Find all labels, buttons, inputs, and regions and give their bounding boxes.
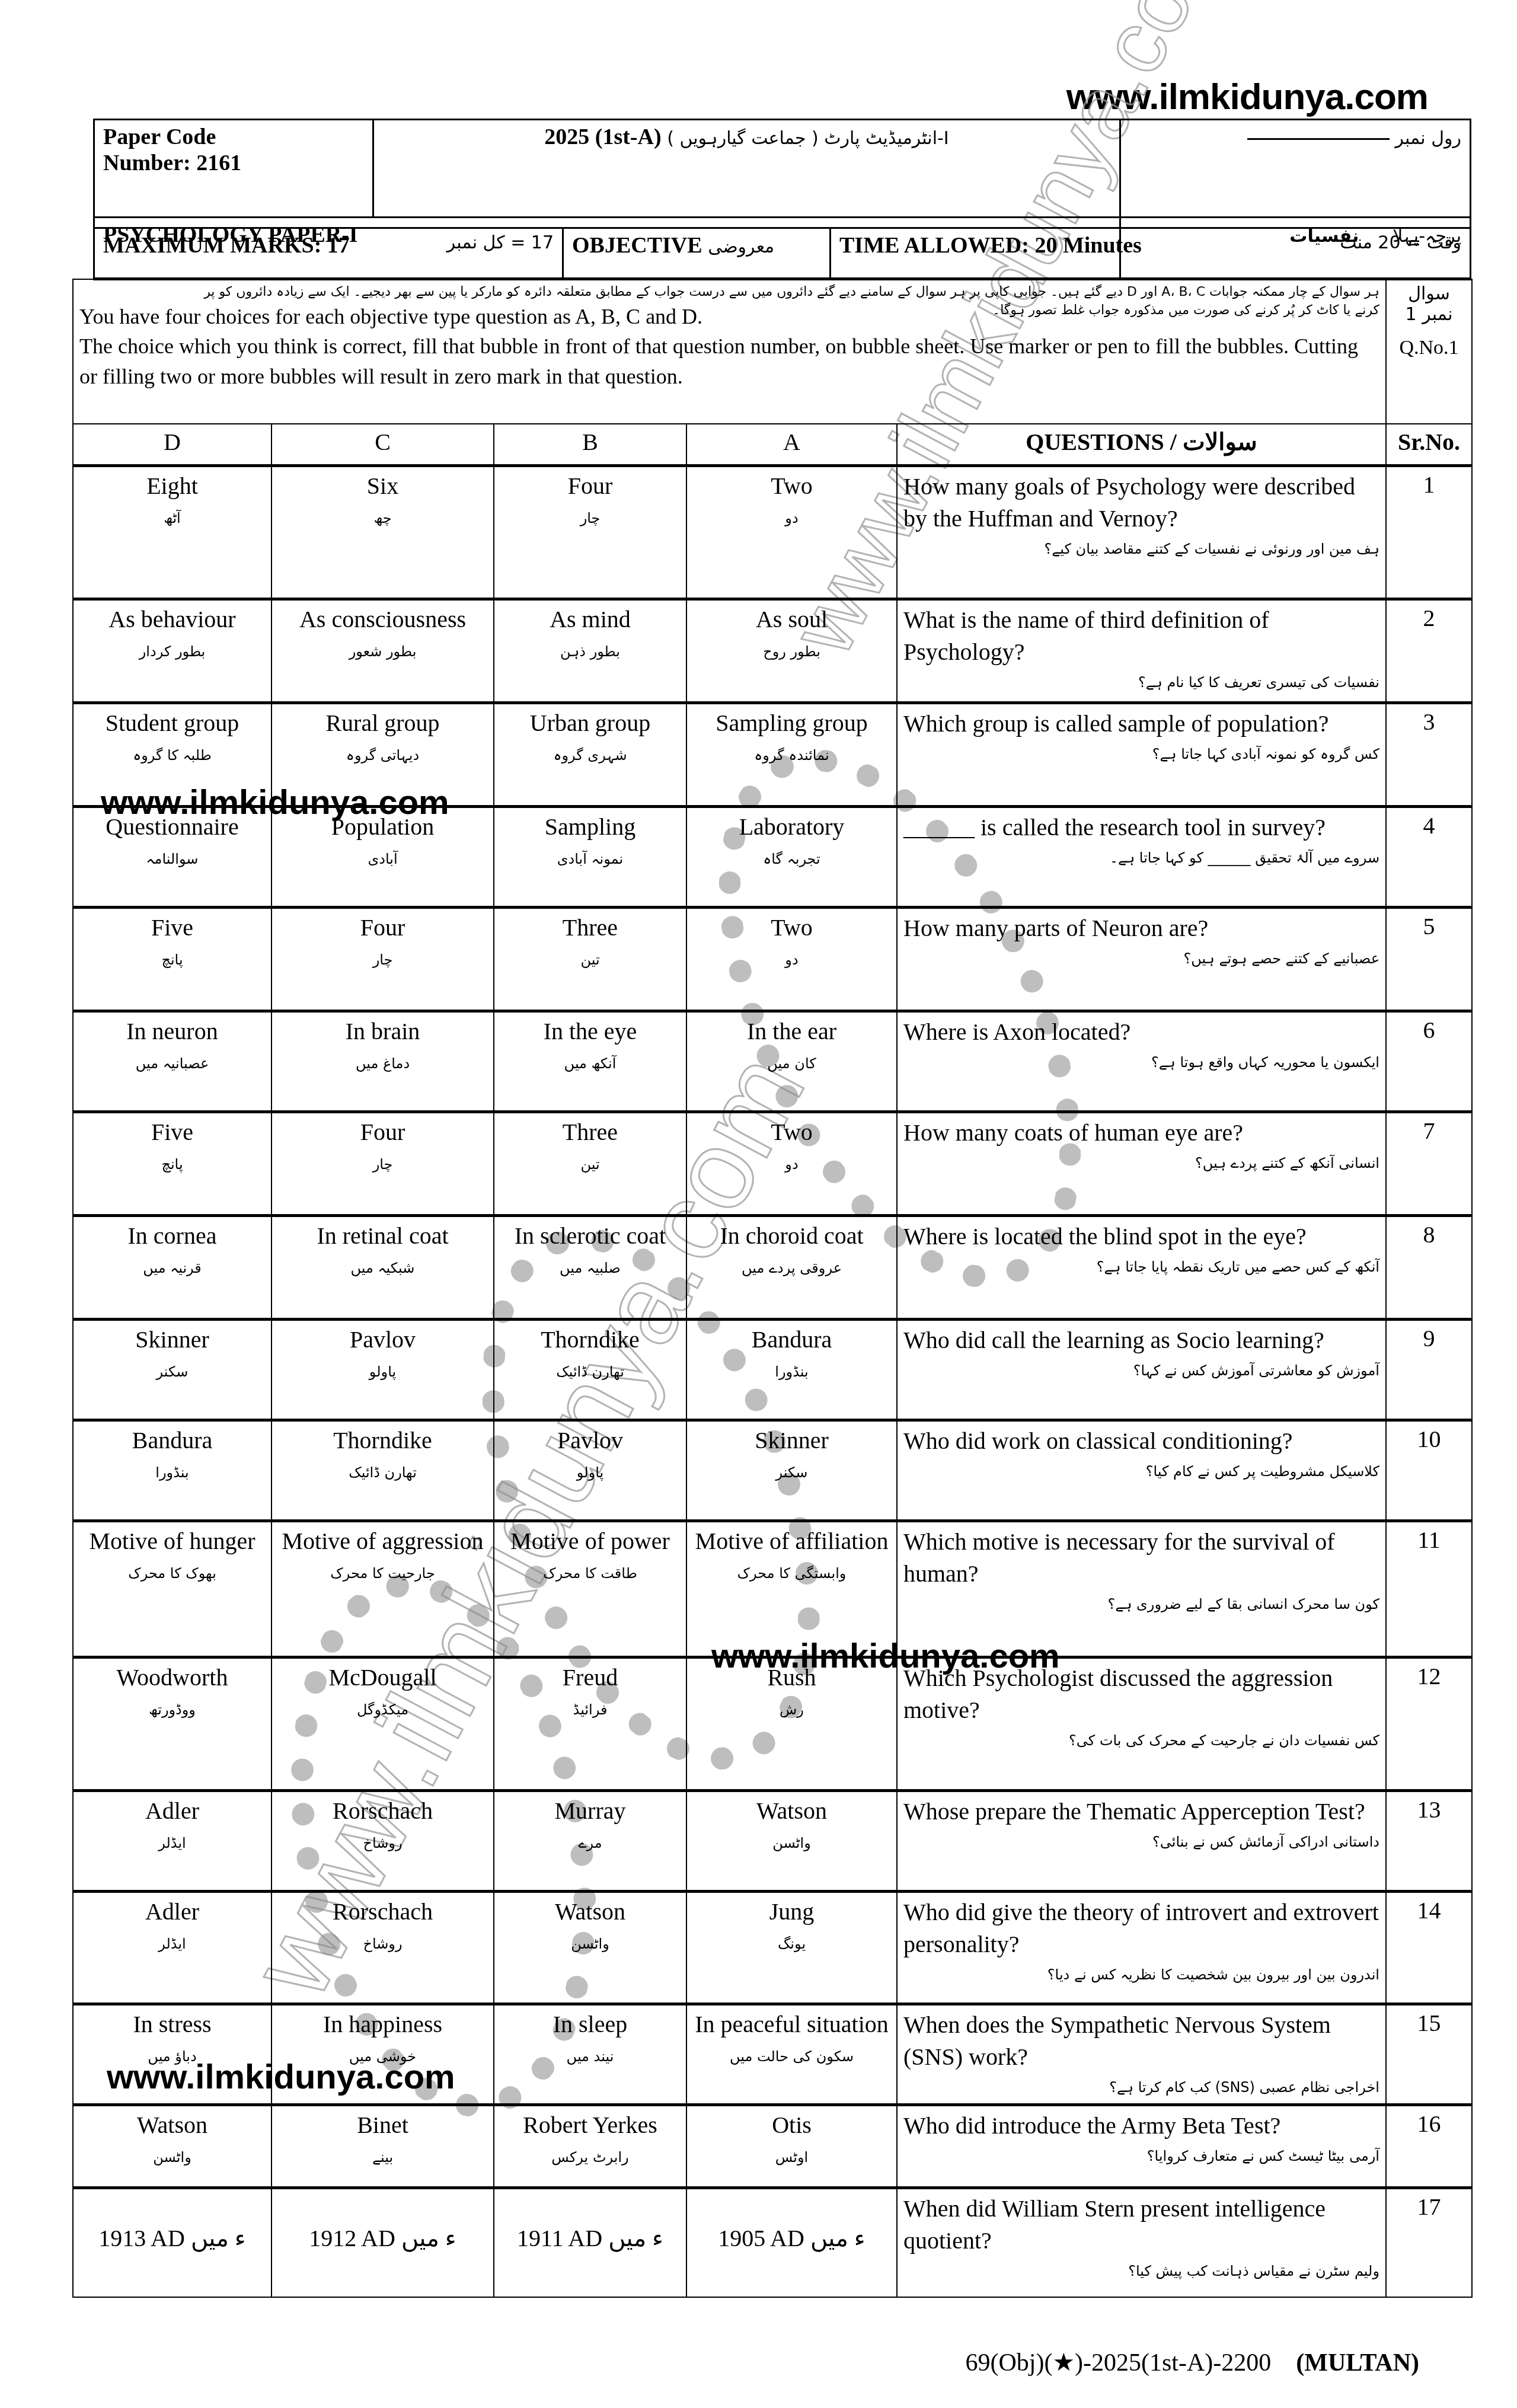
- question-text-cell: When does the Sympathetic Nervous System…: [897, 2004, 1386, 2104]
- option-text: Eight: [79, 471, 265, 502]
- option-text-urdu: تین: [500, 951, 680, 968]
- option-text: Binet: [278, 2110, 487, 2141]
- option-text-urdu: آنکھ میں: [500, 1055, 680, 1072]
- option-text-urdu: سوالنامہ: [79, 851, 265, 867]
- option-text: Watson: [79, 2110, 265, 2141]
- paper-code-number: Number: 2161: [103, 150, 364, 176]
- option-d: Fiveپانچ: [73, 1112, 272, 1215]
- question-text-urdu: داستانی ادراکی آزمائش کس نے بنائی؟: [903, 1834, 1379, 1850]
- option-text-urdu: ایڈلر: [79, 1936, 265, 1952]
- option-text-urdu: مرے: [500, 1835, 680, 1851]
- option-text-urdu: دماغ میں: [278, 1055, 487, 1072]
- option-text-urdu: میکڈوگل: [278, 1701, 487, 1718]
- option-text: Pavlov: [278, 1324, 487, 1355]
- col-srno: Sr.No.: [1386, 424, 1472, 465]
- option-text-urdu: شہری گروہ: [500, 747, 680, 764]
- question-text-urdu: عصبانیے کے کتنے حصے ہوتے ہیں؟: [903, 950, 1379, 967]
- question-text-urdu: کلاسیکل مشروطیت پر کس نے کام کیا؟: [903, 1463, 1379, 1480]
- question-row: SkinnerسکنرPavlovپاولوThorndikeتھارن ڈائ…: [73, 1319, 1472, 1420]
- question-row: WatsonواٹسنBinetبینےRobert Yerkesرابرٹ ی…: [73, 2104, 1472, 2187]
- column-header-row: D C B A QUESTIONS / سوالات Sr.No.: [73, 424, 1472, 465]
- option-text: In the ear: [693, 1016, 890, 1047]
- option-text: Bandura: [79, 1425, 265, 1456]
- option-text: In brain: [278, 1016, 487, 1047]
- option-c: 1912 AD ء میں: [272, 2187, 494, 2297]
- question-text: What is the name of third definition of …: [903, 604, 1379, 668]
- questions-table: ہر سوال کے چار ممکنہ جوابات A، B، C اور …: [72, 279, 1473, 2298]
- question-text-urdu: اخراجی نظام عصبی (SNS) کب کام کرتا ہے؟: [903, 2079, 1379, 2096]
- question-text: Who did call the learning as Socio learn…: [903, 1324, 1379, 1356]
- question-row: AdlerایڈلرRorschachروشاخWatsonواٹسنJungی…: [73, 1891, 1472, 2004]
- option-text-urdu: اوٹس: [693, 2149, 890, 2166]
- option-b: Threeتین: [494, 1112, 686, 1215]
- option-text: Skinner: [693, 1425, 890, 1456]
- option-text-urdu: پاولو: [500, 1464, 680, 1481]
- option-text-urdu: چار: [500, 510, 680, 526]
- option-c: Binetبینے: [272, 2104, 494, 2187]
- option-text-urdu: آٹھ: [79, 510, 265, 526]
- option-c: Rorschachروشاخ: [272, 1790, 494, 1891]
- paper-code-cell: Paper Code Number: 2161: [94, 120, 373, 218]
- option-text: Five: [79, 912, 265, 943]
- option-text-urdu: پانچ: [79, 1156, 265, 1173]
- question-text-urdu: نفسیات کی تیسری تعریف کا کیا نام ہے؟: [903, 674, 1379, 691]
- option-text: Adler: [79, 1796, 265, 1826]
- question-text-cell: Whose prepare the Thematic Apperception …: [897, 1790, 1386, 1891]
- option-text-urdu: قرنیہ میں: [79, 1260, 265, 1276]
- question-row: In corneaقرنیہ میںIn retinal coatشبکیہ م…: [73, 1215, 1472, 1319]
- option-a: Banduraبنڈورا: [686, 1319, 897, 1420]
- option-text: In sleep: [500, 2009, 680, 2040]
- time-urdu: وقت = 20 منٹ: [1340, 232, 1461, 253]
- serial-number: 14: [1386, 1891, 1472, 2004]
- option-text: Murray: [500, 1796, 680, 1826]
- question-text-cell: How many goals of Psychology were descri…: [897, 465, 1386, 599]
- footer-code: 69(Obj)(★)-2025(1st-A)-2200: [965, 2349, 1271, 2377]
- question-text-cell: Who did give the theory of introvert and…: [897, 1891, 1386, 2004]
- option-d: Adlerایڈلر: [73, 1891, 272, 2004]
- max-marks: MAXIMUM MARKS: 17: [103, 233, 350, 258]
- question-row: FiveپانچFourچارThreeتینTwoدوHow many par…: [73, 907, 1472, 1011]
- question-row: 1913 AD ء میں1912 AD ء میں1911 AD ء میں1…: [73, 2187, 1472, 2297]
- option-text: Four: [278, 912, 487, 943]
- site-watermark: www.ilmkidunya.com: [711, 1636, 1060, 1676]
- exam-page: www.ilmkidunya.com www.ilmkidunya.com ww…: [0, 0, 1517, 2408]
- option-d: As behaviourبطور کردار: [73, 599, 272, 702]
- question-text: Whose prepare the Thematic Apperception …: [903, 1796, 1379, 1828]
- serial-number: 3: [1386, 702, 1472, 806]
- option-text-urdu: نیند میں: [500, 2048, 680, 2065]
- option-c: McDougallمیکڈوگل: [272, 1657, 494, 1790]
- option-text-urdu: آبادی: [278, 851, 487, 867]
- option-text: Four: [500, 471, 680, 502]
- option-b: Fourچار: [494, 465, 686, 599]
- question-text: When does the Sympathetic Nervous System…: [903, 2009, 1379, 2073]
- option-text-urdu: بھوک کا محرک: [79, 1565, 265, 1582]
- option-text: Sampling: [500, 812, 680, 842]
- option-text-urdu: سکنر: [79, 1363, 265, 1380]
- option-text: Two: [693, 1117, 890, 1148]
- option-text: In happiness: [278, 2009, 487, 2040]
- option-d: Fiveپانچ: [73, 907, 272, 1011]
- site-watermark: www.ilmkidunya.com: [107, 2057, 455, 2097]
- time-cell: TIME ALLOWED: 20 Minutes وقت = 20 منٹ: [831, 228, 1471, 279]
- option-text: Thorndike: [500, 1324, 680, 1355]
- option-d: In neuronعصبانیہ میں: [73, 1011, 272, 1112]
- option-b: In the eyeآنکھ میں: [494, 1011, 686, 1112]
- option-text-urdu: واٹسن: [500, 1936, 680, 1952]
- option-b: In sleepنیند میں: [494, 2004, 686, 2104]
- option-d: Motive of hungerبھوک کا محرک: [73, 1521, 272, 1657]
- question-text-urdu: آموزش کو معاشرتی آموزش کس نے کہا؟: [903, 1362, 1379, 1379]
- option-c: As consciousnessبطور شعور: [272, 599, 494, 702]
- option-text: In the eye: [500, 1016, 680, 1047]
- option-text: Motive of hunger: [79, 1526, 265, 1557]
- objective-cell: OBJECTIVE معروضی: [563, 228, 831, 279]
- option-text-urdu: روشاخ: [278, 1936, 487, 1952]
- option-text: Rorschach: [278, 1796, 487, 1826]
- option-b: Samplingنمونہ آبادی: [494, 806, 686, 907]
- col-a: A: [686, 424, 897, 465]
- option-text: Freud: [500, 1662, 680, 1693]
- option-text-urdu: بنڈورا: [79, 1464, 265, 1481]
- option-b: In sclerotic coatصلبیہ میں: [494, 1215, 686, 1319]
- question-text: Where is Axon located?: [903, 1016, 1379, 1048]
- serial-number: 2: [1386, 599, 1472, 702]
- roll-no-label: رول نمبر: [1395, 128, 1461, 149]
- option-text-urdu: بطور ذہن: [500, 643, 680, 660]
- option-a: Sampling groupنمائندہ گروہ: [686, 702, 897, 806]
- option-b: As mindبطور ذہن: [494, 599, 686, 702]
- option-text: As mind: [500, 604, 680, 635]
- footer: 69(Obj)(★)-2025(1st-A)-2200 (MULTAN): [965, 2348, 1419, 2377]
- question-text: How many parts of Neuron are?: [903, 912, 1379, 944]
- question-text-cell: ______ is called the research tool in su…: [897, 806, 1386, 907]
- option-text: Pavlov: [500, 1425, 680, 1456]
- option-text: Otis: [693, 2110, 890, 2141]
- question-text-urdu: سروے میں آلۂ تحقیق ______ کو کہا جاتا ہے…: [903, 849, 1379, 866]
- serial-number: 16: [1386, 2104, 1472, 2187]
- option-text-urdu: واٹسن: [79, 2149, 265, 2166]
- question-text: Who did introduce the Army Beta Test?: [903, 2110, 1379, 2142]
- option-text-urdu: طاقت کا محرک: [500, 1565, 680, 1582]
- option-text-urdu: دو: [693, 1156, 890, 1173]
- col-questions: QUESTIONS / سوالات: [897, 424, 1386, 465]
- option-text-urdu: نمونہ آبادی: [500, 851, 680, 867]
- question-text: Which motive is necessary for the surviv…: [903, 1526, 1379, 1590]
- question-text-cell: Which group is called sample of populati…: [897, 702, 1386, 806]
- option-text: Two: [693, 471, 890, 502]
- option-text: In peaceful situation: [693, 2009, 890, 2040]
- option-a: As soulبطور روح: [686, 599, 897, 702]
- site-watermark: www.ilmkidunya.com: [101, 783, 449, 822]
- serial-number: 12: [1386, 1657, 1472, 1790]
- question-row: BanduraبنڈوراThorndikeتھارن ڈائیکPavlovپ…: [73, 1420, 1472, 1521]
- objective-label: OBJECTIVE: [572, 233, 702, 258]
- option-b: Freudفرائیڈ: [494, 1657, 686, 1790]
- option-text-urdu: تجربہ گاہ: [693, 851, 890, 867]
- serial-number: 13: [1386, 1790, 1472, 1891]
- question-text: ______ is called the research tool in su…: [903, 812, 1379, 844]
- option-text-urdu: رش: [693, 1701, 890, 1718]
- option-text-urdu: بنڈورا: [693, 1363, 890, 1380]
- option-text: 1911 AD ء میں: [500, 2223, 680, 2254]
- option-text: Bandura: [693, 1324, 890, 1355]
- option-text-urdu: واٹسن: [693, 1835, 890, 1851]
- question-text: When did William Stern present intellige…: [903, 2193, 1379, 2257]
- option-a: In the earکان میں: [686, 1011, 897, 1112]
- question-text: Who did work on classical conditioning?: [903, 1425, 1379, 1457]
- option-text-urdu: صلبیہ میں: [500, 1260, 680, 1276]
- option-b: Motive of powerطاقت کا محرک: [494, 1521, 686, 1657]
- option-text-urdu: دو: [693, 951, 890, 968]
- option-a: Twoدو: [686, 907, 897, 1011]
- option-a: 1905 AD ء میں: [686, 2187, 897, 2297]
- option-text: In choroid coat: [693, 1221, 890, 1251]
- option-text-urdu: وابستگی کا محرک: [693, 1565, 890, 1582]
- question-row: FiveپانچFourچارThreeتینTwoدوHow many coa…: [73, 1112, 1472, 1215]
- serial-number: 4: [1386, 806, 1472, 907]
- question-text-cell: Who did introduce the Army Beta Test?آرم…: [897, 2104, 1386, 2187]
- footer-region: (MULTAN): [1296, 2349, 1419, 2377]
- serial-number: 11: [1386, 1521, 1472, 1657]
- option-d: Woodworthووڈورتھ: [73, 1657, 272, 1790]
- option-d: Watsonواٹسن: [73, 2104, 272, 2187]
- option-d: 1913 AD ء میں: [73, 2187, 272, 2297]
- option-b: Thorndikeتھارن ڈائیک: [494, 1319, 686, 1420]
- option-a: Twoدو: [686, 465, 897, 599]
- total-marks-urdu: 17 = کل نمبر: [447, 232, 554, 253]
- option-text-urdu: دیہاتی گروہ: [278, 747, 487, 764]
- option-text-urdu: عروقی پردے میں: [693, 1260, 890, 1276]
- option-text: Adler: [79, 1896, 265, 1927]
- question-text-urdu: ایکسون یا محوریہ کہاں واقع ہوتا ہے؟: [903, 1054, 1379, 1071]
- question-text-urdu: کس نفسیات دان نے جارحیت کے محرک کی بات ک…: [903, 1732, 1379, 1749]
- marks-row: MAXIMUM MARKS: 17 17 = کل نمبر OBJECTIVE…: [93, 227, 1471, 279]
- option-text-urdu: رابرٹ یرکس: [500, 2149, 680, 2166]
- serial-number: 15: [1386, 2004, 1472, 2104]
- instructions-en-1: You have four choices for each objective…: [79, 302, 1379, 331]
- question-text-cell: Who did work on classical conditioning?ک…: [897, 1420, 1386, 1521]
- paper-code-label: Paper Code: [103, 124, 364, 150]
- question-text-cell: What is the name of third definition of …: [897, 599, 1386, 702]
- option-c: In retinal coatشبکیہ میں: [272, 1215, 494, 1319]
- option-c: Pavlovپاولو: [272, 1319, 494, 1420]
- option-c: Sixچھ: [272, 465, 494, 599]
- instructions-urdu-1: ہر سوال کے چار ممکنہ جوابات A، B، C اور …: [79, 283, 1379, 302]
- serial-number: 6: [1386, 1011, 1472, 1112]
- option-a: Otisاوٹس: [686, 2104, 897, 2187]
- option-text-urdu: ووڈورتھ: [79, 1701, 265, 1718]
- option-text: In cornea: [79, 1221, 265, 1251]
- question-text-cell: Where is Axon located?ایکسون یا محوریہ ک…: [897, 1011, 1386, 1112]
- option-b: Watsonواٹسن: [494, 1891, 686, 2004]
- option-text-urdu: کان میں: [693, 1055, 890, 1072]
- option-a: Twoدو: [686, 1112, 897, 1215]
- question-text-urdu: کون سا محرک انسانی بقا کے لیے ضروری ہے؟: [903, 1596, 1379, 1612]
- option-text-urdu: پانچ: [79, 951, 265, 968]
- option-text-urdu: عصبانیہ میں: [79, 1055, 265, 1072]
- question-text-cell: How many coats of human eye are?انسانی آ…: [897, 1112, 1386, 1215]
- question-text: Where is located the blind spot in the e…: [903, 1221, 1379, 1253]
- question-text-urdu: ولیم سٹرن نے مقیاس ذہانت کب پیش کیا؟: [903, 2263, 1379, 2279]
- option-text-urdu: سکنر: [693, 1464, 890, 1481]
- option-c: Fourچار: [272, 907, 494, 1011]
- option-text-urdu: سکون کی حالت میں: [693, 2048, 890, 2065]
- questions-body: EightآٹھSixچھFourچارTwoدوHow many goals …: [73, 465, 1472, 2297]
- option-text: As soul: [693, 604, 890, 635]
- col-c: C: [272, 424, 494, 465]
- option-b: Threeتین: [494, 907, 686, 1011]
- roll-no-cell: رول نمبر: [1120, 120, 1471, 218]
- option-text-urdu: یونگ: [693, 1936, 890, 1952]
- option-c: Motive of aggressionجارحیت کا محرک: [272, 1521, 494, 1657]
- option-d: Banduraبنڈورا: [73, 1420, 272, 1521]
- option-text-urdu: تین: [500, 1156, 680, 1173]
- option-d: Adlerایڈلر: [73, 1790, 272, 1891]
- option-text: As behaviour: [79, 604, 265, 635]
- option-a: Laboratoryتجربہ گاہ: [686, 806, 897, 907]
- option-b: Urban groupشہری گروہ: [494, 702, 686, 806]
- option-text: Skinner: [79, 1324, 265, 1355]
- option-text: Robert Yerkes: [500, 2110, 680, 2141]
- option-text: As consciousness: [278, 604, 487, 635]
- option-c: Fourچار: [272, 1112, 494, 1215]
- option-text-urdu: طلبہ کا گروہ: [79, 747, 265, 764]
- option-text: Woodworth: [79, 1662, 265, 1693]
- option-b: Robert Yerkesرابرٹ یرکس: [494, 2104, 686, 2187]
- option-text-urdu: تھارن ڈائیک: [500, 1363, 680, 1380]
- option-text: Six: [278, 471, 487, 502]
- option-text: In sclerotic coat: [500, 1221, 680, 1251]
- question-row: EightآٹھSixچھFourچارTwoدوHow many goals …: [73, 465, 1472, 599]
- serial-number: 10: [1386, 1420, 1472, 1521]
- option-a: Jungیونگ: [686, 1891, 897, 2004]
- option-text-urdu: چھ: [278, 510, 487, 526]
- option-text: Watson: [693, 1796, 890, 1826]
- option-c: In brainدماغ میں: [272, 1011, 494, 1112]
- option-b: Pavlovپاولو: [494, 1420, 686, 1521]
- question-row: WoodworthووڈورتھMcDougallمیکڈوگلFreudفرا…: [73, 1657, 1472, 1790]
- question-text-cell: Where is located the blind spot in the e…: [897, 1215, 1386, 1319]
- option-text: Rorschach: [278, 1896, 487, 1927]
- question-text-cell: When did William Stern present intellige…: [897, 2187, 1386, 2297]
- option-c: Rorschachروشاخ: [272, 1891, 494, 2004]
- serial-number: 1: [1386, 465, 1472, 599]
- option-text: Motive of aggression: [278, 1526, 487, 1557]
- option-a: In choroid coatعروقی پردے میں: [686, 1215, 897, 1319]
- option-c: Thorndikeتھارن ڈائیک: [272, 1420, 494, 1521]
- option-text: Urban group: [500, 708, 680, 739]
- option-a: Watsonواٹسن: [686, 1790, 897, 1891]
- roll-no-line: [1247, 138, 1390, 140]
- instructions-en-2: The choice which you think is correct, f…: [79, 331, 1379, 391]
- option-text-urdu: بطور کردار: [79, 643, 265, 660]
- question-text: How many goals of Psychology were descri…: [903, 471, 1379, 535]
- option-d: In corneaقرنیہ میں: [73, 1215, 272, 1319]
- serial-number: 17: [1386, 2187, 1472, 2297]
- question-text-cell: How many parts of Neuron are?عصبانیے کے …: [897, 907, 1386, 1011]
- option-text-urdu: فرائیڈ: [500, 1701, 680, 1718]
- option-text-urdu: چار: [278, 951, 487, 968]
- option-text: Five: [79, 1117, 265, 1148]
- question-text-urdu: انسانی آنکھ کے کتنے پردے ہیں؟: [903, 1155, 1379, 1171]
- serial-number: 9: [1386, 1319, 1472, 1420]
- objective-urdu: معروضی: [708, 237, 774, 257]
- option-text: Three: [500, 1117, 680, 1148]
- qno: Q.No.1: [1393, 337, 1465, 359]
- option-text: In neuron: [79, 1016, 265, 1047]
- question-text: Who did give the theory of introvert and…: [903, 1896, 1379, 1960]
- option-d: Eightآٹھ: [73, 465, 272, 599]
- option-text-urdu: بطور روح: [693, 643, 890, 660]
- option-a: In peaceful situationسکون کی حالت میں: [686, 2004, 897, 2104]
- instructions-cell: ہر سوال کے چار ممکنہ جوابات A، B، C اور …: [73, 279, 1386, 424]
- max-marks-cell: MAXIMUM MARKS: 17 17 = کل نمبر: [94, 228, 563, 279]
- option-text: Four: [278, 1117, 487, 1148]
- option-text: Two: [693, 912, 890, 943]
- option-text-urdu: شبکیہ میں: [278, 1260, 487, 1276]
- option-text: Rural group: [278, 708, 487, 739]
- option-a: Rushرش: [686, 1657, 897, 1790]
- serial-number: 8: [1386, 1215, 1472, 1319]
- option-text: McDougall: [278, 1662, 487, 1693]
- option-text-urdu: دو: [693, 510, 890, 526]
- question-text-cell: Who did call the learning as Socio learn…: [897, 1319, 1386, 1420]
- serial-number: 5: [1386, 907, 1472, 1011]
- exam-title-urdu: ( جماعت گیارہویں ) انٹرمیڈیٹ پارٹ-I: [667, 128, 949, 149]
- question-text-urdu: آرمی بیٹا ٹیسٹ کس نے متعارف کروایا؟: [903, 2148, 1379, 2164]
- question-row: As behaviourبطور کردارAs consciousnessبط…: [73, 599, 1472, 702]
- option-b: 1911 AD ء میں: [494, 2187, 686, 2297]
- option-text-urdu: ایڈلر: [79, 1835, 265, 1851]
- serial-number: 7: [1386, 1112, 1472, 1215]
- option-text: Laboratory: [693, 812, 890, 842]
- option-text: Motive of affiliation: [693, 1526, 890, 1557]
- time-allowed: TIME ALLOWED: 20 Minutes: [839, 233, 1142, 258]
- option-text: Motive of power: [500, 1526, 680, 1557]
- option-text-urdu: تھارن ڈائیک: [278, 1464, 487, 1481]
- col-b: B: [494, 424, 686, 465]
- option-text: Student group: [79, 708, 265, 739]
- option-d: Skinnerسکنر: [73, 1319, 272, 1420]
- col-d: D: [73, 424, 272, 465]
- question-text: Which group is called sample of populati…: [903, 708, 1379, 740]
- option-text: Jung: [693, 1896, 890, 1927]
- question-row: In neuronعصبانیہ میںIn brainدماغ میںIn t…: [73, 1011, 1472, 1112]
- question-row: AdlerایڈلرRorschachروشاخMurrayمرےWatsonو…: [73, 1790, 1472, 1891]
- option-text: In retinal coat: [278, 1221, 487, 1251]
- option-b: Murrayمرے: [494, 1790, 686, 1891]
- question-text-urdu: کس گروہ کو نمونہ آبادی کہا جاتا ہے؟: [903, 746, 1379, 762]
- instructions-row: ہر سوال کے چار ممکنہ جوابات A، B، C اور …: [73, 279, 1472, 424]
- option-text-urdu: پاولو: [278, 1363, 487, 1380]
- question-text-urdu: ہف مین اور ورنوئی نے نفسیات کے کتنے مقاص…: [903, 541, 1379, 557]
- qno-cell: سوال نمبر 1 Q.No.1: [1386, 279, 1472, 424]
- option-text: 1905 AD ء میں: [693, 2223, 890, 2254]
- option-a: Skinnerسکنر: [686, 1420, 897, 1521]
- exam-year: 2025 (1st-A): [544, 124, 661, 149]
- option-text-urdu: چار: [278, 1156, 487, 1173]
- question-text: How many coats of human eye are?: [903, 1117, 1379, 1149]
- exam-title-cell: 2025 (1st-A) ( جماعت گیارہویں ) انٹرمیڈی…: [373, 120, 1120, 218]
- option-text: Sampling group: [693, 708, 890, 739]
- qno-urdu: سوال نمبر 1: [1393, 283, 1465, 325]
- option-text: In stress: [79, 2009, 265, 2040]
- question-text-urdu: آنکھ کے کس حصے میں تاریک نقطہ پایا جاتا …: [903, 1259, 1379, 1275]
- option-text-urdu: روشاخ: [278, 1835, 487, 1851]
- option-text: Three: [500, 912, 680, 943]
